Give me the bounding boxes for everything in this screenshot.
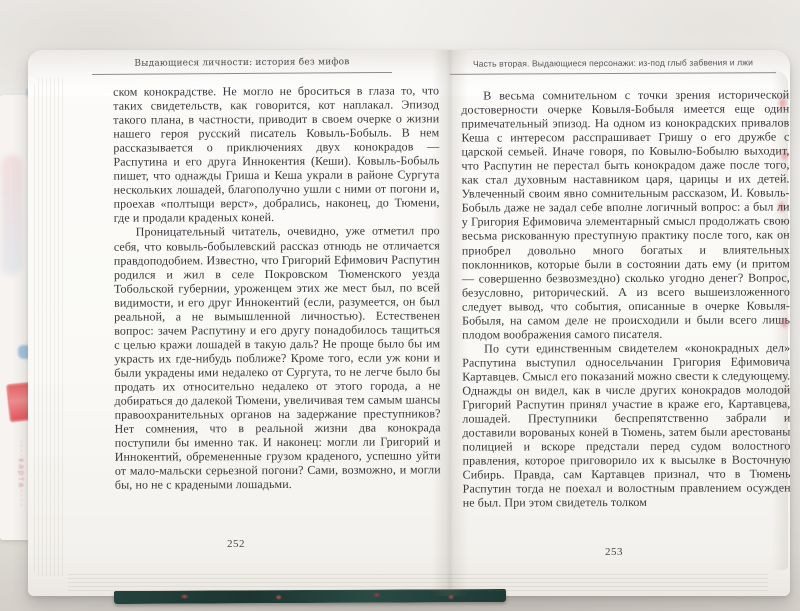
left-page: Выдающиеся личности: история без мифов с… — [58, 50, 434, 596]
left-page-header: Выдающиеся личности: история без мифов — [92, 57, 392, 75]
book-photo: ····карта···· Выдающиеся личности: истор… — [0, 0, 800, 611]
paragraph: Проницательный читатель, очевидно, уже о… — [114, 224, 441, 492]
right-page: Часть вторая. Выдающиеся персонажи: из-п… — [436, 50, 788, 596]
paragraph: ском конокрадстве. Не могло не броситься… — [113, 83, 440, 225]
paragraph: В весьма сомнительном с точки зрения ист… — [461, 87, 790, 341]
right-page-text: В весьма сомнительном с точки зрения ист… — [461, 87, 790, 510]
left-page-text: ском конокрадстве. Не могло не броситься… — [113, 83, 441, 492]
open-book: Выдающиеся личности: история без мифов с… — [28, 50, 790, 596]
right-page-number: 253 — [438, 546, 790, 558]
right-page-header: Часть вторая. Выдающиеся персонажи: из-п… — [450, 57, 776, 75]
color-smudge — [2, 155, 22, 275]
left-page-number: 252 — [48, 538, 424, 550]
pink-vertical-text: ····карта···· — [14, 440, 26, 590]
paragraph: По сути единственным свидетелем «конокра… — [462, 340, 791, 510]
